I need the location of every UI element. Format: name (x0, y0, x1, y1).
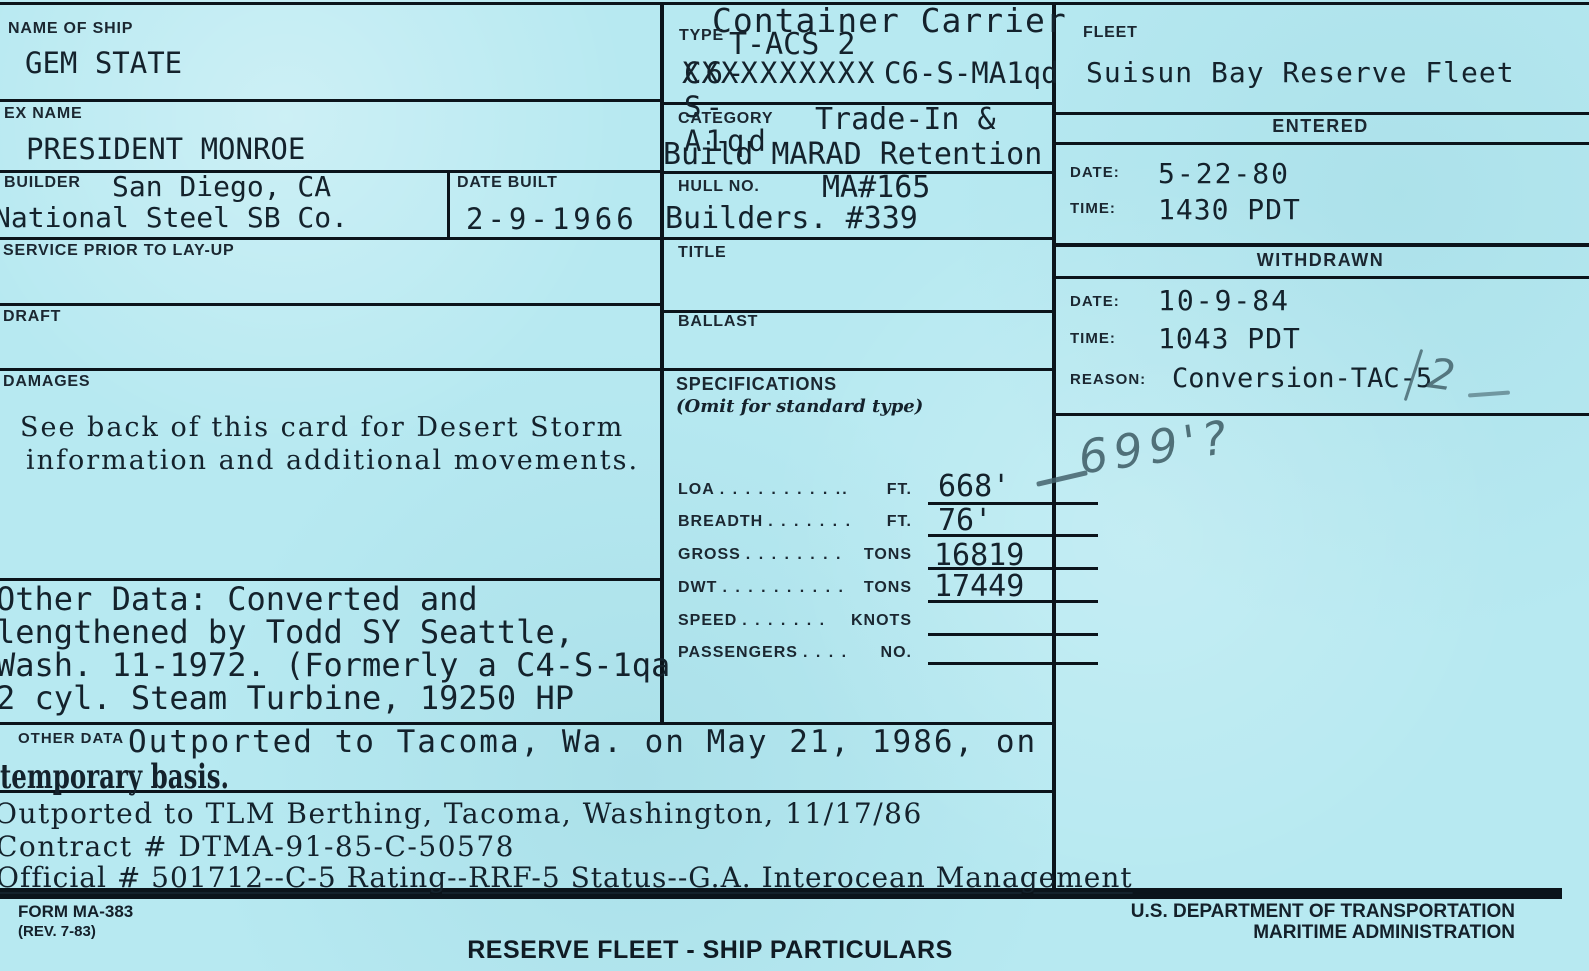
spec-value-loa: 668' (938, 469, 1010, 504)
form-number: MA-383 (73, 902, 133, 921)
grid-line (1052, 276, 1589, 279)
hull-no-builders-value: Builders. #339 (665, 201, 918, 236)
category-label: CATEGORY (678, 110, 773, 128)
spec-row-passengers: PASSENGERS . . . . NO. (678, 644, 912, 662)
grid-line (0, 303, 663, 306)
entered-time-value: 1430 PDT (1158, 193, 1301, 226)
spec-dots: . . . . . . . . . .. (715, 481, 887, 499)
form-number-block: FORM MA-383 (18, 902, 133, 922)
spec-unit: TONS (864, 579, 912, 597)
spec-row-loa: LOA . . . . . . . . . .. FT. (678, 481, 912, 499)
spec-row-dwt: DWT . . . . . . . . . . TONS (678, 579, 912, 597)
draft-label: DRAFT (3, 308, 61, 326)
specifications-note: (Omit for standard type) (676, 396, 923, 417)
spec-unit: TONS (864, 546, 912, 564)
other-data-block-line4: 2 cyl. Steam Turbine, 19250 HP (0, 679, 574, 717)
movement-note-line: Official # 501712--C-5 Rating--RRF-5 Sta… (0, 861, 1133, 894)
spec-row-gross: GROSS . . . . . . . . TONS (678, 546, 912, 564)
movement-note-line: Contract # DTMA-91-85-C-50578 (0, 830, 515, 863)
withdrawn-date-label: DATE: (1070, 293, 1120, 310)
builder-company-value: National Steel SB Co. (0, 201, 348, 234)
spec-label: PASSENGERS (678, 644, 798, 662)
grid-line (1052, 243, 1589, 247)
spec-value-gross: 16819 (934, 538, 1024, 573)
loa-pencil-annotation: 699'? (1075, 409, 1236, 484)
withdrawn-time-label: TIME: (1070, 330, 1116, 347)
grid-line (0, 368, 1052, 371)
strikeout-x-overlay: XXXXXXXXXX (682, 56, 877, 90)
grid-line (1052, 413, 1589, 416)
reason-pencil-annotation: 2 (1425, 348, 1458, 400)
grid-line (1052, 112, 1589, 115)
hull-no-value: MA#165 (822, 170, 930, 205)
form-label: FORM (18, 902, 68, 921)
withdrawn-reason-label: REASON: (1070, 371, 1146, 388)
withdrawn-time-value: 1043 PDT (1158, 322, 1301, 355)
spec-unit: FT. (887, 513, 912, 531)
other-data-row-label: OTHER DATA (18, 730, 124, 747)
outported-line2: temporary basis. (0, 757, 229, 797)
damages-text-line2: information and additional movements. (26, 445, 639, 476)
agency-line2: MARITIME ADMINISTRATION (1030, 922, 1515, 943)
category-value-line1: Trade-In & (815, 102, 996, 137)
entered-header: ENTERED (1052, 116, 1589, 137)
spec-underline (928, 662, 1098, 665)
ex-name-value: PRESIDENT MONROE (26, 132, 305, 166)
builder-city-value: San Diego, CA (112, 170, 331, 203)
agency-block: U.S. DEPARTMENT OF TRANSPORTATION MARITI… (1030, 901, 1515, 943)
mid-column-divider (660, 2, 664, 723)
spec-row-speed: SPEED . . . . . . . KNOTS (678, 612, 912, 630)
spec-unit: KNOTS (851, 612, 912, 630)
spec-dots: . . . . (798, 644, 881, 662)
spec-label: GROSS (678, 546, 741, 564)
hull-no-label: HULL NO. (678, 178, 760, 196)
withdrawn-header: WITHDRAWN (1052, 250, 1589, 271)
spec-unit: FT. (887, 481, 912, 499)
spec-dots: . . . . . . . . (741, 546, 864, 564)
date-built-label: DATE BUILT (457, 174, 558, 192)
outported-line1: Outported to Tacoma, Wa. on May 21, 1986… (128, 724, 1037, 760)
date-built-divider (447, 170, 450, 240)
spec-dots: . . . . . . . (737, 612, 851, 630)
entered-time-label: TIME: (1070, 200, 1116, 217)
entered-date-label: DATE: (1070, 164, 1120, 181)
spec-label: LOA (678, 481, 715, 499)
withdrawn-reason-value: Conversion-TAC-5 (1172, 363, 1432, 394)
spec-label: SPEED (678, 612, 737, 630)
spec-row-breadth: BREADTH . . . . . . . FT. (678, 513, 912, 531)
ship-name-value: GEM STATE (25, 46, 182, 80)
form-title: RESERVE FLEET - SHIP PARTICULARS (430, 936, 990, 965)
date-built-value: 2-9-1966 (466, 202, 638, 236)
category-value-line2: Build MARAD Retention (663, 137, 1042, 172)
spec-underline (928, 633, 1098, 636)
damages-label: DAMAGES (3, 373, 90, 391)
fleet-label: FLEET (1083, 24, 1138, 42)
spec-label: DWT (678, 579, 717, 597)
fleet-value: Suisun Bay Reserve Fleet (1086, 56, 1515, 89)
builder-label: BUILDER (4, 174, 81, 192)
spec-value-dwt: 17449 (934, 569, 1024, 604)
design-designation-value: C6-S-MA1qd (884, 56, 1059, 90)
agency-line1: U.S. DEPARTMENT OF TRANSPORTATION (1030, 901, 1515, 922)
damages-text-line1: See back of this card for Desert Storm (20, 412, 624, 443)
service-prior-label: SERVICE PRIOR TO LAY-UP (3, 242, 235, 260)
type-label: TYPE (679, 27, 724, 45)
specifications-label: SPECIFICATIONS (676, 374, 837, 395)
movement-note-line: Outported to TLM Berthing, Tacoma, Washi… (0, 797, 923, 830)
spec-label: BREADTH (678, 513, 763, 531)
ship-particulars-card: NAME OF SHIP GEM STATE EX NAME PRESIDENT… (0, 0, 1589, 971)
spec-dots: . . . . . . . (763, 513, 887, 531)
title-label: TITLE (678, 244, 726, 262)
withdrawn-date-value: 10-9-84 (1158, 284, 1290, 317)
ballast-label: BALLAST (678, 313, 758, 331)
grid-line (0, 237, 1052, 240)
grid-line (0, 99, 663, 102)
grid-line (0, 170, 663, 173)
grid-line (1052, 142, 1589, 145)
spec-value-breadth: 76' (938, 503, 992, 538)
spec-unit: NO. (881, 644, 912, 662)
spec-dots: . . . . . . . . . . (717, 579, 863, 597)
form-revision: (REV. 7-83) (18, 923, 96, 940)
ex-name-label: EX NAME (4, 105, 83, 123)
pencil-dash-mark (1468, 391, 1510, 398)
name-of-ship-label: NAME OF SHIP (8, 20, 133, 38)
entered-date-value: 5-22-80 (1158, 157, 1290, 190)
